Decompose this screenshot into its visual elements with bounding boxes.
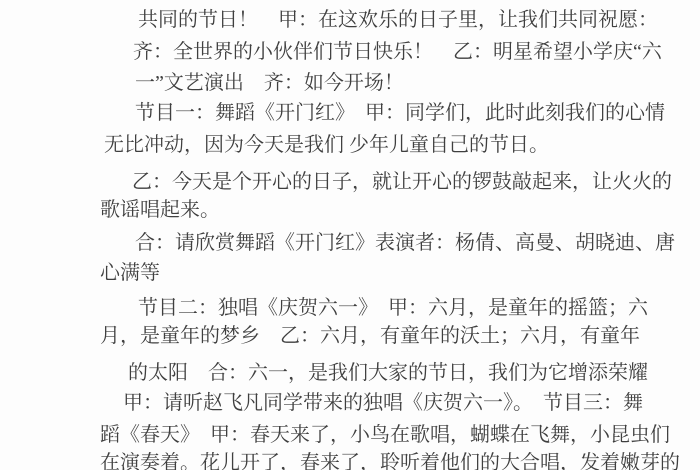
document-page: 共同的节日！ 甲：在这欢乐的日子里，让我们共同祝愿：齐：全世界的小伙伴们节日快乐…: [0, 0, 700, 470]
text-line: 乙：今天是个开心的日子，就让开心的锣鼓敲起来，让火火的: [132, 171, 672, 193]
text-line: 月，是童年的梦乡 乙：六月，有童年的沃土；六月，有童年: [100, 325, 640, 347]
text-line: 蹈《春天》 甲：春天来了，小鸟在歌唱，蝴蝶在飞舞，小昆虫们: [100, 424, 670, 446]
text-line: 的太阳 合：六一，是我们大家的节日，我们为它增添荣耀: [128, 362, 648, 384]
text-line: 齐：全世界的小伙伴们节日快乐！ 乙：明星希望小学庆“六: [133, 41, 662, 63]
text-line: 歌谣唱起来。: [100, 199, 220, 221]
text-line: 心满等: [100, 262, 160, 284]
text-line: 无比冲动，因为今天是我们 少年儿童自己的节日。: [104, 134, 549, 156]
text-line: 在演奏着。花儿开了，春来了，聆听着他们的大合唱，发着嫩芽的: [100, 452, 680, 470]
text-line: 甲：请听赵飞凡同学带来的独唱《庆贺六一》。 节目三：舞: [123, 392, 643, 414]
text-layer: 共同的节日！ 甲：在这欢乐的日子里，让我们共同祝愿：齐：全世界的小伙伴们节日快乐…: [0, 0, 700, 470]
text-line: 一”文艺演出 齐：如今开场！: [135, 72, 404, 94]
text-line: 合：请欣赏舞蹈《开门红》表演者：杨倩、高曼、胡晓迪、唐: [135, 232, 675, 254]
text-line: 节目二：独唱《庆贺六一》 甲：六月，是童年的摇篮；六: [138, 297, 648, 319]
text-line: 共同的节日！ 甲：在这欢乐的日子里，让我们共同祝愿：: [138, 9, 658, 31]
text-line: 节目一：舞蹈《开门红》 甲：同学们，此时此刻我们的心情: [135, 102, 665, 124]
